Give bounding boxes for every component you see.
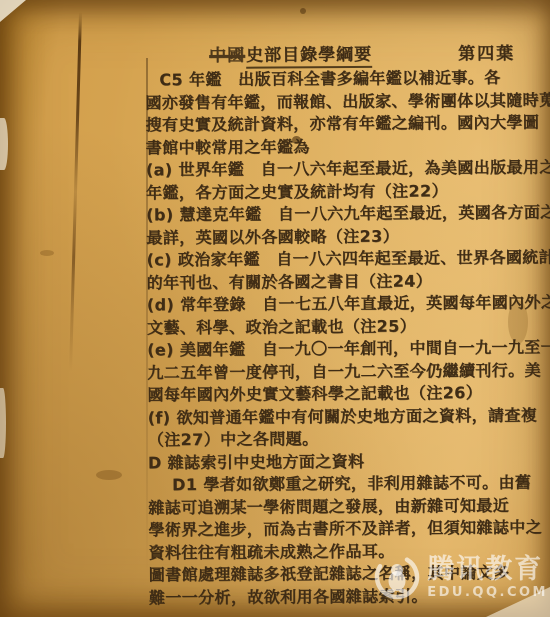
manuscript-line: 學術界之進步，而為古書所不及詳者，但須知雜誌中之	[148, 517, 548, 542]
manuscript-text-block: 中國史部目錄學綱要 第四葉 C5 年鑑 出版百科全書多編年鑑以補近事。各 國亦發…	[145, 39, 549, 610]
manuscript-line: 的年刊也、有關於各國之書目（注24）	[147, 269, 547, 294]
struck-title-prefix: 中國	[209, 46, 245, 66]
manuscript-line: 文藝、科學、政治之記載也（注25）	[147, 314, 547, 339]
manuscript-line: 國亦發售有年鑑，而報館、出版家、學術團体以其隨時蒐	[145, 89, 545, 114]
manuscript-line: 國每年國內外史實文藝科學之記載也（注26）	[147, 382, 547, 407]
document-title: 中國史部目錄學綱要	[209, 40, 372, 66]
manuscript-line: (c) 政治家年鑑 自一八六四年起至最近、世界各國統計	[146, 247, 546, 272]
paper-stain	[40, 250, 54, 256]
watermark-brand-text: 腾讯教育	[427, 556, 548, 583]
manuscript-line: (e) 美國年鑑 自一九〇一年創刊，中間自一九一九至一	[147, 337, 547, 362]
qq-penguin-logo-icon	[373, 553, 421, 601]
torn-edge	[0, 388, 6, 458]
paper-stain	[300, 8, 306, 14]
torn-edge	[0, 0, 26, 22]
manuscript-line: 搜有史實及統計資料，亦常有年鑑之編刊。國內大學圖	[146, 112, 546, 137]
manuscript-line: 最詳，英國以外各國較略（注23）	[146, 224, 546, 249]
manuscript-line: （注27）中之各問題。	[148, 427, 548, 452]
title-row: 中國史部目錄學綱要 第四葉	[145, 39, 545, 68]
manuscript-line: D 雜誌索引中史地方面之資料	[148, 449, 548, 474]
watermark: 腾讯教育 EDU.QQ.COM	[373, 553, 548, 601]
document-title-text: 史部目錄學綱要	[246, 45, 372, 69]
paper-crease	[69, 12, 82, 372]
manuscript-line: (f) 欲知普通年鑑中有何關於史地方面之資料，請查複	[148, 404, 548, 429]
manuscript-line: C5 年鑑 出版百科全書多編年鑑以補近事。各	[159, 67, 545, 92]
manuscript-line: 雜誌可追溯某一學術問題之發展，由新雜可知最近	[148, 494, 548, 519]
watermark-texts: 腾讯教育 EDU.QQ.COM	[427, 556, 548, 599]
manuscript-line: (a) 世界年鑑 自一八六年起至最近，為美國出版最用之	[146, 157, 546, 182]
manuscript-line: (d) 常年登錄 自一七五八年直最近，英國每年國內外之史實、	[147, 292, 547, 317]
manuscript-line: D1 學者如欲鄭重之研究，非利用雜誌不可。由舊	[172, 472, 548, 497]
torn-edge	[0, 118, 8, 170]
watermark-url-text: EDU.QQ.COM	[427, 586, 548, 599]
page-number-label: 第四葉	[458, 39, 515, 64]
manuscript-line: 年鑑，各方面之史實及統計均有（注22）	[146, 179, 546, 204]
manuscript-line: 書館中較常用之年鑑為	[146, 134, 546, 159]
manuscript-line: 九二五年曾一度停刊，自一九二六至今仍繼續刊行。美	[147, 359, 547, 384]
manuscript-line: (b) 慧達克年鑑 自一八六九年起至最近，英國各方面之統計	[146, 202, 546, 227]
paper-stain	[96, 470, 122, 480]
manuscript-photo: 中國史部目錄學綱要 第四葉 C5 年鑑 出版百科全書多編年鑑以補近事。各 國亦發…	[0, 0, 550, 617]
